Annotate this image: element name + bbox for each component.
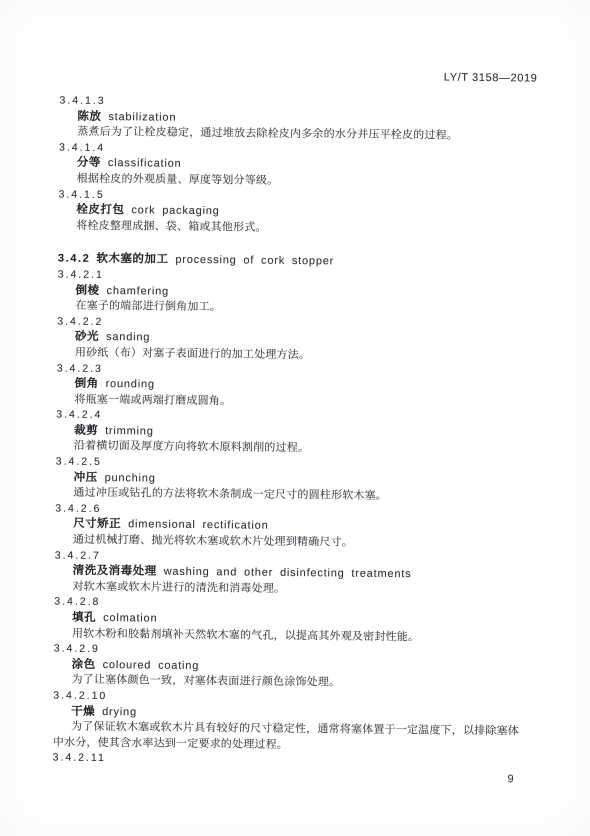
term-entry: 3.4.2.1 倒棱chamfering 在塞子的端部进行倒角加工。 bbox=[57, 267, 529, 319]
term-english: washing and other disinfecting treatment… bbox=[164, 566, 412, 581]
term-english: sanding bbox=[106, 331, 150, 343]
term-chinese: 栓皮打包 bbox=[76, 204, 124, 217]
subsection-number: 3.4.2 bbox=[58, 253, 91, 265]
term-chinese: 分等 bbox=[77, 157, 101, 169]
term-chinese: 填孔 bbox=[72, 612, 96, 624]
term-entry: 3.4.2.3 倒角rounding 将瓶塞一端或两端打磨成圆角。 bbox=[56, 361, 528, 413]
term-entry: 3.4.2.8 填孔colmation 用软木粉和胶黏剂填补天然软木塞的气孔，以… bbox=[54, 595, 526, 647]
term-english: rounding bbox=[106, 378, 155, 391]
term-chinese: 倒角 bbox=[75, 378, 99, 390]
term-chinese: 裁剪 bbox=[74, 425, 98, 437]
term-english: coloured coating bbox=[103, 659, 200, 672]
page-number: 9 bbox=[507, 773, 513, 785]
term-english: chamfering bbox=[107, 285, 170, 298]
term-chinese: 砂光 bbox=[75, 331, 99, 343]
document-content: 3.4.1.3 陈放stabilization 蒸煮后为了让栓皮稳定，通过堆放去… bbox=[53, 94, 532, 772]
subsection-title-chinese: 软木塞的加工 bbox=[96, 253, 168, 266]
term-english: punching bbox=[105, 472, 156, 485]
term-entry: 3.4.1.3 陈放stabilization 蒸煮后为了让栓皮稳定，通过堆放去… bbox=[59, 94, 531, 146]
term-entry: 3.4.2.5 冲压punching 通过冲压或钻孔的方法将软木条制成一定尺寸的… bbox=[55, 455, 527, 507]
term-chinese: 倒棱 bbox=[76, 284, 100, 296]
running-header: LY/T 3158—2019 bbox=[444, 72, 538, 85]
term-entry: 3.4.1.4 分等classification 根据栓皮的外观质量、厚度等划分… bbox=[59, 140, 531, 192]
term-entry: 3.4.2.4 裁剪trimming 沿着横切面及厚度方向将软木原料割削的过程。 bbox=[56, 408, 528, 460]
term-chinese: 尺寸矫正 bbox=[73, 518, 121, 531]
term-entry: 3.4.2.9 涂色coloured coating 为了让塞体颜色一致，对塞体… bbox=[53, 642, 525, 694]
subsection-title-english: processing of cork stopper bbox=[175, 254, 334, 268]
term-entry: 3.4.1.5 栓皮打包cork packaging 将栓皮整理成捆、袋、箱或其… bbox=[58, 187, 530, 239]
term-chinese: 干燥 bbox=[71, 705, 95, 717]
term-english: drying bbox=[102, 706, 137, 718]
term-english: stabilization bbox=[108, 111, 176, 124]
term-chinese: 冲压 bbox=[74, 471, 98, 483]
term-entry: 3.4.2.10 干燥drying 为了保证软木塞或软木片具有较好的尺寸稳定性，… bbox=[53, 688, 526, 755]
term-entry: 3.4.2.6 尺寸矫正dimensional rectification 通过… bbox=[55, 501, 527, 553]
scanned-document-page: LY/T 3158—2019 3.4.1.3 陈放stabilization 蒸… bbox=[0, 0, 590, 836]
term-chinese: 陈放 bbox=[77, 110, 101, 122]
scan-skew-wrapper: LY/T 3158—2019 3.4.1.3 陈放stabilization 蒸… bbox=[0, 0, 590, 836]
term-english: cork packaging bbox=[131, 204, 219, 217]
term-chinese: 涂色 bbox=[72, 658, 96, 670]
term-entry: 3.4.2.2 砂光sanding 用砂纸（布）对塞子表面进行的加工处理方法。 bbox=[57, 314, 529, 366]
term-chinese: 清洗及消毒处理 bbox=[73, 565, 157, 578]
term-english: dimensional rectification bbox=[128, 519, 269, 532]
term-english: trimming bbox=[105, 425, 154, 438]
term-entry: 3.4.2.7 清洗及消毒处理washing and other disinfe… bbox=[54, 548, 526, 600]
term-english: classification bbox=[108, 157, 182, 170]
term-definition: 为了保证软木塞或软木片具有较好的尺寸稳定性，通常将塞体置于一定温度下，以排除塞体… bbox=[53, 720, 525, 756]
term-english: colmation bbox=[103, 612, 157, 625]
